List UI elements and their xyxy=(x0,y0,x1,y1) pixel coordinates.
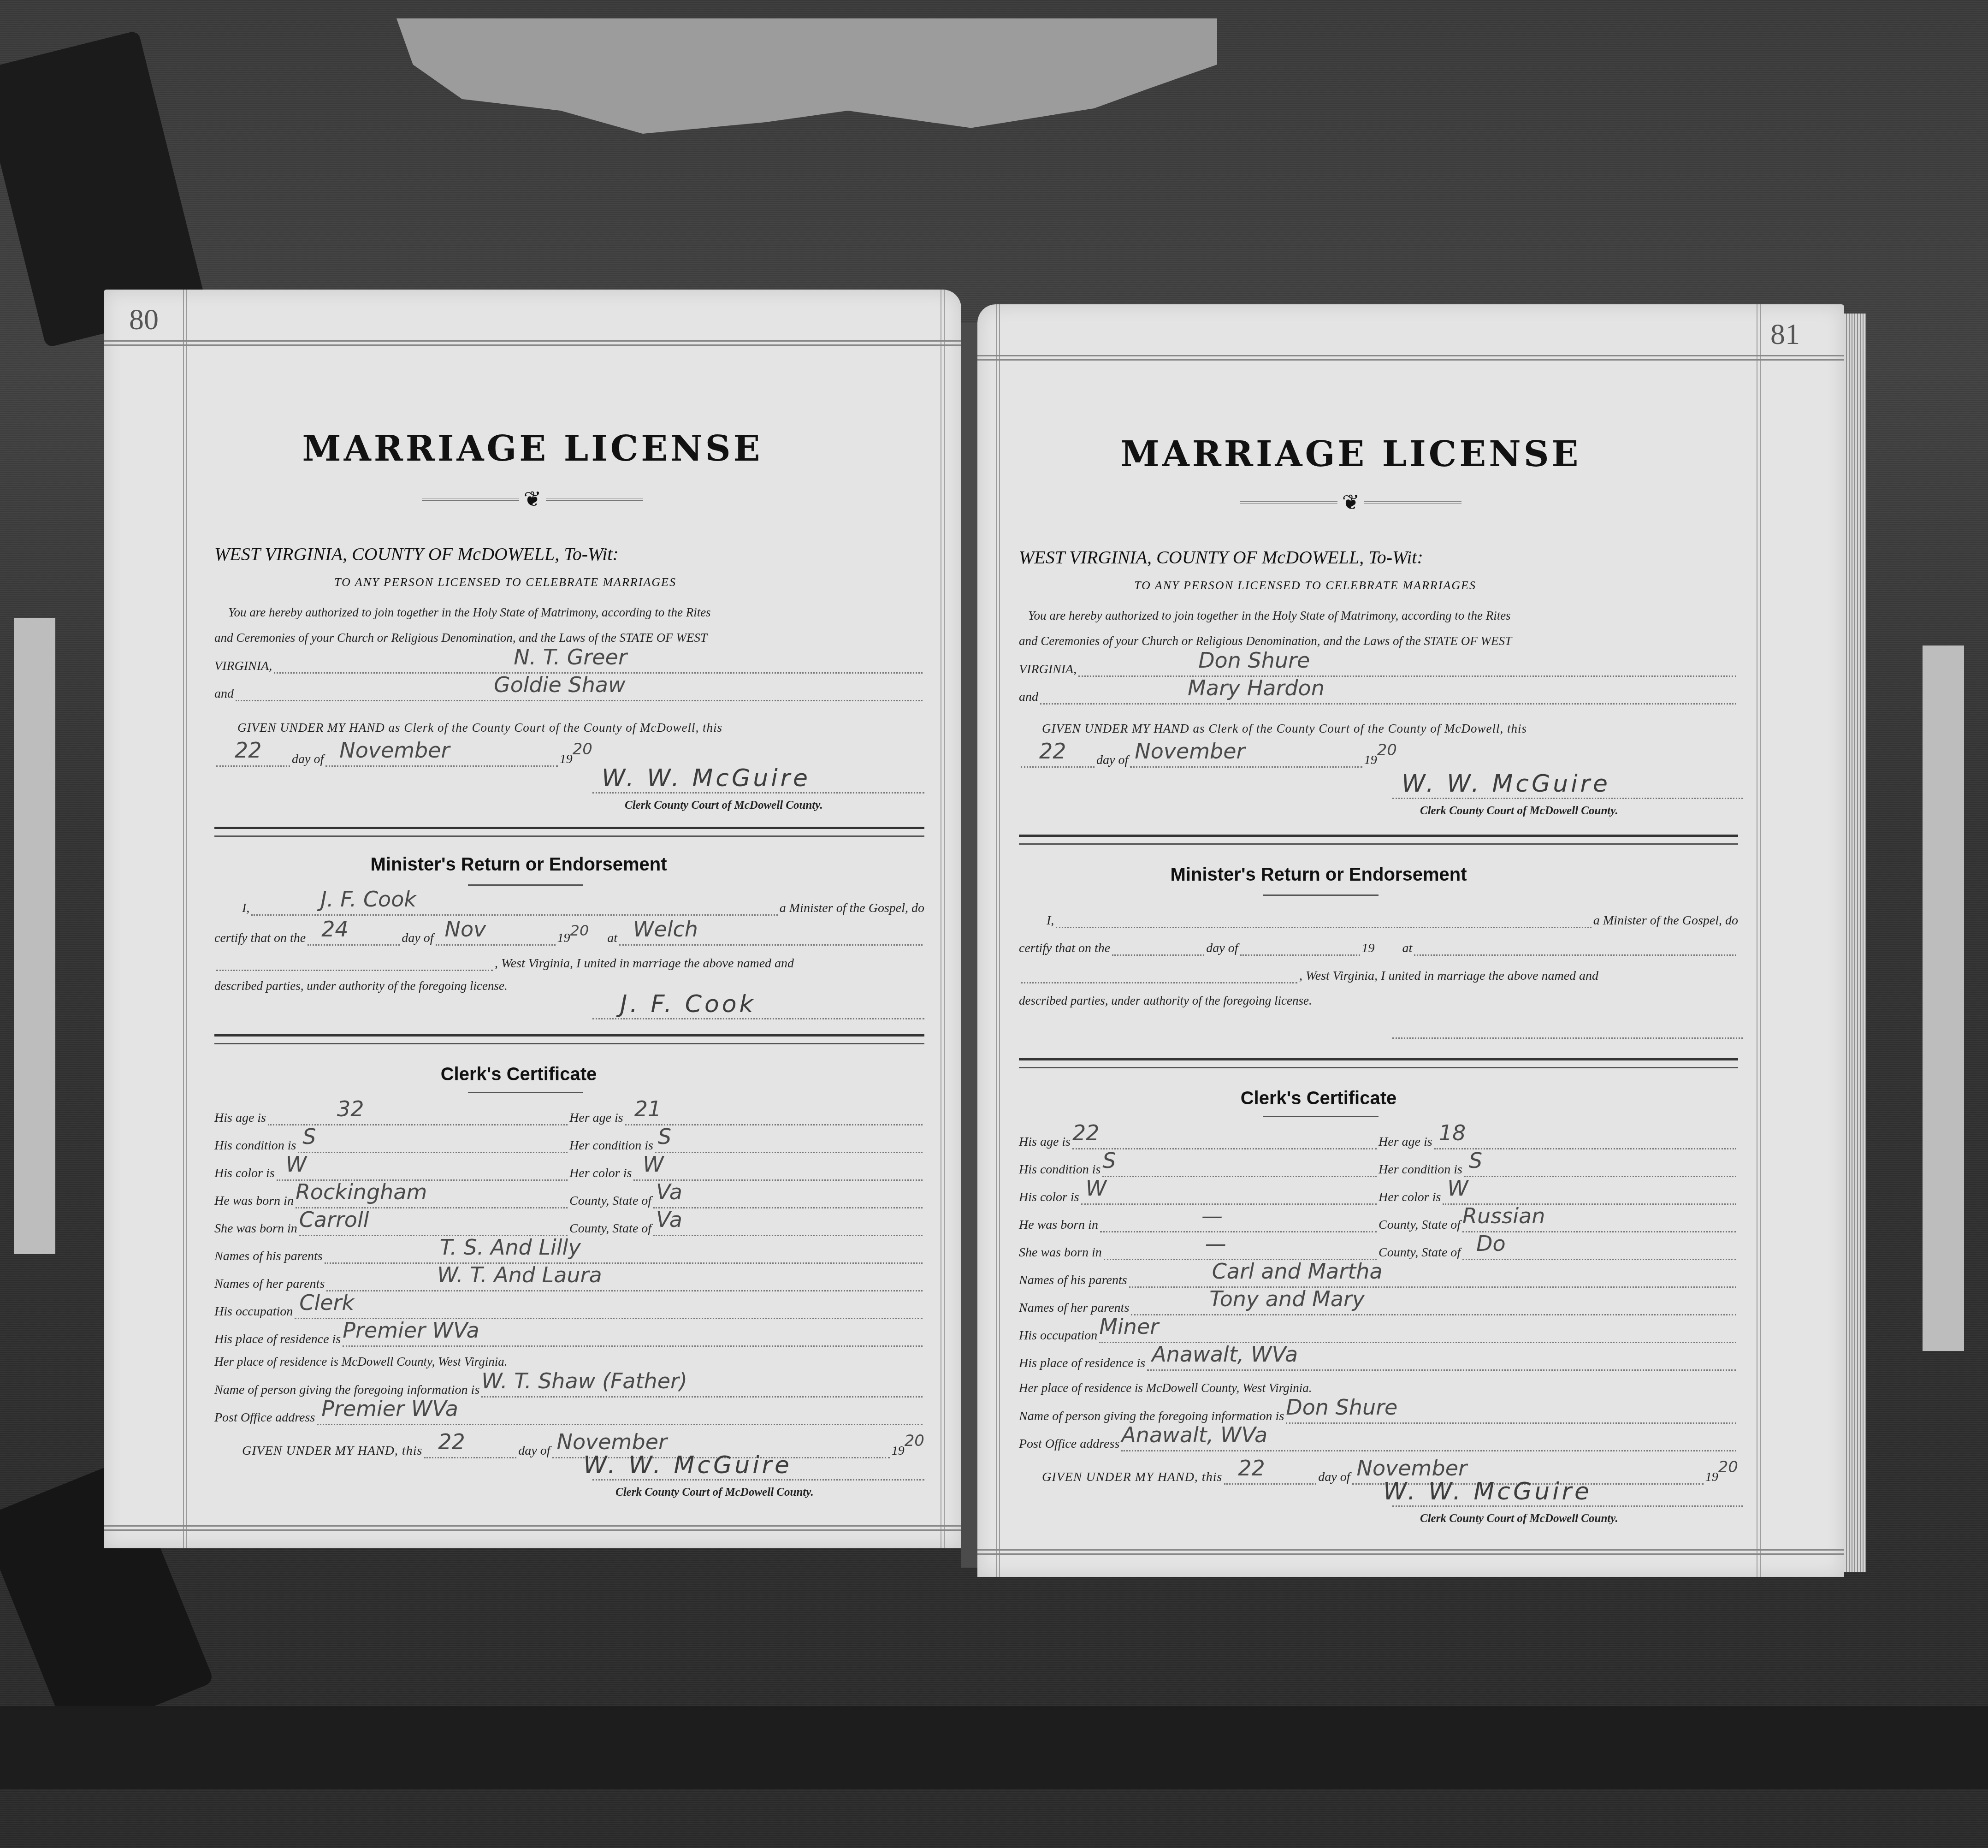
county-state-label: County, State of xyxy=(1379,1245,1461,1260)
clerk-caption: Clerk County Court of McDowell County. xyxy=(1420,1512,1618,1525)
minister-signature-line xyxy=(1392,1037,1743,1039)
clerk-signature: W. W. McGuire xyxy=(1402,770,1610,798)
clerk-signature: W. W. McGuire xyxy=(602,764,811,792)
virginia-label: VIRGINIA, xyxy=(1019,662,1077,677)
his-age-field: His age is 22 xyxy=(1019,1134,1379,1149)
his-residence: Premier WVa xyxy=(343,1318,479,1343)
clerk-signature: W. W. McGuire xyxy=(1383,1478,1592,1505)
his-condition-field: His condition is S xyxy=(1019,1162,1379,1177)
marriage-month: Nov xyxy=(445,917,486,942)
his-condition-field: His condition is S xyxy=(214,1138,569,1153)
she-born-county: — xyxy=(1205,1231,1226,1256)
west-virginia-united-text: , West Virginia, I united in marriage th… xyxy=(1299,969,1598,983)
her-age: 21 xyxy=(634,1096,662,1121)
minister-signature-line xyxy=(592,1018,924,1019)
cert-day: 22 xyxy=(1238,1456,1265,1481)
minister-of-gospel-label: a Minister of the Gospel, do xyxy=(1593,913,1738,928)
he-born-state: Russian xyxy=(1462,1203,1545,1228)
given-under-hand-text: GIVEN UNDER MY HAND as Clerk of the Coun… xyxy=(237,721,722,735)
clerk-signature-line xyxy=(592,1479,924,1481)
license-date-field: 22 day of November 19 20 xyxy=(1019,749,1397,768)
her-condition: S xyxy=(1469,1148,1482,1173)
day-of-label: day of xyxy=(1318,1470,1350,1485)
he-born-state-field: County, State of Russian xyxy=(1379,1217,1738,1232)
marriage-place: Welch xyxy=(633,917,698,942)
occupation-field: His occupation Miner xyxy=(1019,1328,1738,1343)
his-color-field: His color is W xyxy=(214,1166,569,1181)
his-age-label: His age is xyxy=(214,1111,266,1125)
she-born-label: She was born in xyxy=(1019,1245,1102,1260)
she-born-field: She was born in — xyxy=(1019,1245,1379,1260)
title-ornament: ❦ xyxy=(422,490,643,509)
page-title: MARRIAGE LICENSE xyxy=(1051,433,1651,474)
his-age-label: His age is xyxy=(1019,1135,1071,1149)
addressee-line: TO ANY PERSON LICENSED TO CELEBRATE MARR… xyxy=(1134,579,1476,592)
year-prefix: 19 xyxy=(1364,753,1377,768)
his-age-field: His age is 32 xyxy=(214,1110,569,1125)
margin-rule xyxy=(941,290,945,1548)
license-year-suffix: 20 xyxy=(573,740,592,758)
his-parents-field: Names of his parents T. S. And Lilly xyxy=(214,1249,924,1264)
minister-i-label: I, xyxy=(1019,913,1054,928)
her-age-field: Her age is 18 xyxy=(1379,1134,1738,1149)
cert-day: 22 xyxy=(438,1429,465,1454)
she-born-state-field: County, State of Do xyxy=(1379,1245,1738,1260)
day-of-label: day of xyxy=(1206,941,1238,956)
informant: Don Shure xyxy=(1286,1395,1397,1420)
she-born-state: Va xyxy=(656,1207,682,1232)
she-born-label: She was born in xyxy=(214,1221,297,1236)
virginia-label: VIRGINIA, xyxy=(214,659,272,674)
her-age-label: Her age is xyxy=(1379,1135,1432,1149)
day-of-label: day of xyxy=(292,752,324,767)
groom-name: N. T. Greer xyxy=(514,645,627,669)
post-office-label: Post Office address xyxy=(214,1410,315,1425)
her-color-label: Her color is xyxy=(1379,1190,1441,1205)
margin-rule xyxy=(996,304,1000,1577)
described-parties-text: described parties, under authority of th… xyxy=(1019,994,1312,1008)
bride-field: and Goldie Shaw xyxy=(214,686,924,701)
page-title: MARRIAGE LICENSE xyxy=(233,428,832,469)
and-label: and xyxy=(214,687,234,701)
her-parents: Tony and Mary xyxy=(1209,1286,1365,1311)
her-residence-text: Her place of residence is McDowell Count… xyxy=(1019,1381,1312,1395)
groom-field: VIRGINIA, N. T. Greer xyxy=(214,658,924,674)
his-condition-label: His condition is xyxy=(214,1138,296,1153)
margin-rule xyxy=(183,290,187,1548)
book-support-left xyxy=(14,618,55,1254)
license-date-field: 22 day of November 19 20 xyxy=(214,748,592,767)
marriage-day: 24 xyxy=(321,917,349,942)
occupation-field: His occupation Clerk xyxy=(214,1304,924,1319)
post-office-label: Post Office address xyxy=(1019,1437,1119,1451)
header-rule xyxy=(104,340,961,346)
groom-field: VIRGINIA, Don Shure xyxy=(1019,662,1738,677)
united-line: , West Virginia, I united in marriage th… xyxy=(1019,968,1738,983)
her-parents: W. T. And Laura xyxy=(437,1262,602,1287)
heading-underline xyxy=(1263,894,1379,896)
his-parents: T. S. And Lilly xyxy=(440,1235,581,1260)
her-age-field: Her age is 21 xyxy=(569,1110,924,1125)
her-condition-field: Her condition is S xyxy=(569,1138,924,1153)
her-residence-text: Her place of residence is McDowell Count… xyxy=(214,1355,507,1369)
her-condition: S xyxy=(658,1124,671,1149)
minister-heading: Minister's Return or Endorsement xyxy=(1088,865,1549,885)
license-year-suffix: 20 xyxy=(1377,741,1397,759)
section-divider xyxy=(214,827,924,837)
her-condition-field: Her condition is S xyxy=(1379,1162,1738,1177)
at-label: at xyxy=(1375,941,1413,956)
post-office-field: Post Office address Anawalt, WVa xyxy=(1019,1436,1738,1451)
his-condition-label: His condition is xyxy=(1019,1162,1100,1177)
county-state-label: County, State of xyxy=(569,1194,651,1208)
given-under-hand-text: GIVEN UNDER MY HAND as Clerk of the Coun… xyxy=(1042,722,1527,736)
footer-rule xyxy=(977,1549,1844,1555)
section-divider xyxy=(1019,1058,1738,1068)
her-color: W xyxy=(1447,1176,1468,1201)
minister-of-gospel-label: a Minister of the Gospel, do xyxy=(780,901,924,916)
he-born-label: He was born in xyxy=(214,1194,294,1208)
he-born-state-field: County, State of Va xyxy=(569,1193,924,1208)
his-parents: Carl and Martha xyxy=(1212,1259,1383,1284)
header-rule xyxy=(977,355,1844,361)
informant-label: Name of person giving the foregoing info… xyxy=(214,1383,479,1398)
his-color: W xyxy=(1086,1176,1106,1201)
post-office-field: Post Office address Premier WVa xyxy=(214,1410,924,1425)
his-parents-field: Names of his parents Carl and Martha xyxy=(1019,1273,1738,1288)
given-under-hand-label: GIVEN UNDER MY HAND, this xyxy=(1042,1470,1222,1485)
license-month: November xyxy=(1135,739,1245,764)
her-color-field: Her color is W xyxy=(569,1166,924,1181)
title-ornament: ❦ xyxy=(1240,493,1461,512)
page-edges-stack xyxy=(1844,314,1866,1572)
marriage-year-suffix: 20 xyxy=(570,922,589,939)
minister-signature: J. F. Cook xyxy=(620,990,756,1018)
left-page: 80 MARRIAGE LICENSE ❦ WEST VIRGINIA, COU… xyxy=(104,290,961,1548)
authorization-text-2: and Ceremonies of your Church or Religio… xyxy=(214,631,707,645)
his-parents-label: Names of his parents xyxy=(1019,1273,1127,1288)
clerk-caption: Clerk County Court of McDowell County. xyxy=(1420,805,1618,817)
cert-month: November xyxy=(1357,1456,1467,1481)
clerk-signature: W. W. McGuire xyxy=(583,1451,792,1479)
his-residence-field: His place of residence is Premier WVa xyxy=(214,1332,924,1347)
and-label: and xyxy=(1019,690,1038,705)
he-born-field: He was born in — xyxy=(1019,1217,1379,1232)
occupation-label: His occupation xyxy=(1019,1328,1097,1343)
certify-label: certify that on the xyxy=(214,931,306,946)
minister-heading: Minister's Return or Endorsement xyxy=(288,854,749,875)
year-prefix: 19 xyxy=(557,931,570,946)
his-residence-label: His place of residence is xyxy=(214,1332,341,1347)
day-of-label: day of xyxy=(1096,753,1128,768)
he-born-state: Va xyxy=(656,1179,682,1204)
she-born-county: Carroll xyxy=(299,1207,369,1232)
day-of-label: day of xyxy=(402,931,433,946)
informant-field: Name of person giving the foregoing info… xyxy=(1019,1409,1738,1424)
state-county-line: WEST VIRGINIA, COUNTY OF McDOWELL, To-Wi… xyxy=(1019,546,1423,568)
clerk-signature-line xyxy=(1392,1505,1743,1507)
cert-month: November xyxy=(557,1429,667,1454)
her-condition-label: Her condition is xyxy=(569,1138,653,1153)
she-born-state: Do xyxy=(1476,1231,1506,1256)
his-residence: Anawalt, WVa xyxy=(1152,1342,1298,1367)
informant-label: Name of person giving the foregoing info… xyxy=(1019,1409,1284,1424)
he-born-field: He was born in Rockingham xyxy=(214,1193,569,1208)
authorization-text-1: You are hereby authorized to join togeth… xyxy=(1028,609,1511,623)
occupation: Miner xyxy=(1099,1314,1159,1339)
his-color-field: His color is W xyxy=(1019,1190,1379,1205)
post-office: Premier WVa xyxy=(321,1396,458,1421)
his-condition: S xyxy=(302,1124,316,1149)
year-prefix: 19 xyxy=(1705,1470,1718,1485)
scanner-bed-edge xyxy=(0,1706,1988,1789)
marriage-date-field: certify that on the day of 19 at xyxy=(1019,941,1738,956)
clerk-certificate-heading: Clerk's Certificate xyxy=(1088,1088,1549,1109)
clerk-caption: Clerk County Court of McDowell County. xyxy=(615,1486,814,1499)
she-born-field: She was born in Carroll xyxy=(214,1221,569,1236)
heading-underline xyxy=(468,884,583,886)
footer-rule xyxy=(104,1525,961,1531)
section-divider xyxy=(1019,835,1738,845)
informant: W. T. Shaw (Father) xyxy=(481,1368,687,1393)
fleuron-icon: ❦ xyxy=(519,489,546,510)
she-born-state-field: County, State of Va xyxy=(569,1221,924,1236)
page-number: 80 xyxy=(129,302,159,337)
her-age-label: Her age is xyxy=(569,1111,623,1125)
state-county-line: WEST VIRGINIA, COUNTY OF McDOWELL, To-Wi… xyxy=(214,543,619,565)
cert-year-suffix: 20 xyxy=(905,1432,924,1450)
her-condition-label: Her condition is xyxy=(1379,1162,1462,1177)
groom-name: Don Shure xyxy=(1198,648,1310,673)
her-color-field: Her color is W xyxy=(1379,1190,1738,1205)
at-label: at xyxy=(589,931,617,946)
section-divider xyxy=(214,1034,924,1044)
bride-name: Mary Hardon xyxy=(1188,675,1325,700)
county-state-label: County, State of xyxy=(569,1221,651,1236)
her-parents-label: Names of her parents xyxy=(1019,1301,1129,1315)
his-age: 32 xyxy=(337,1096,364,1121)
informant-field: Name of person giving the foregoing info… xyxy=(214,1382,924,1398)
year-prefix: 19 xyxy=(1362,941,1375,956)
year-prefix: 19 xyxy=(560,752,573,767)
occupation: Clerk xyxy=(299,1290,354,1315)
described-parties-text: described parties, under authority of th… xyxy=(214,979,508,993)
clerk-signature-line xyxy=(592,792,924,794)
clerk-certificate-heading: Clerk's Certificate xyxy=(288,1064,749,1085)
her-parents-label: Names of her parents xyxy=(214,1277,325,1291)
united-line: , West Virginia, I united in marriage th… xyxy=(214,956,924,971)
clerk-signature-line xyxy=(1392,798,1743,799)
he-born-county: — xyxy=(1201,1203,1223,1228)
he-born-label: He was born in xyxy=(1019,1218,1098,1232)
his-color-label: His color is xyxy=(1019,1190,1079,1205)
margin-rule xyxy=(1757,304,1761,1577)
he-born-county: Rockingham xyxy=(296,1179,427,1204)
her-color-label: Her color is xyxy=(569,1166,632,1181)
license-day: 22 xyxy=(235,738,262,763)
minister-name-field: I, a Minister of the Gospel, do xyxy=(1019,913,1738,928)
heading-underline xyxy=(1263,1116,1379,1117)
his-color-label: His color is xyxy=(214,1166,275,1181)
his-age: 22 xyxy=(1072,1120,1100,1145)
minister-i-label: I, xyxy=(214,901,249,916)
license-day: 22 xyxy=(1039,739,1066,764)
book-support-right xyxy=(1923,646,1964,1351)
day-of-label: day of xyxy=(518,1444,550,1458)
cert-year-suffix: 20 xyxy=(1718,1458,1738,1476)
his-condition: S xyxy=(1102,1148,1116,1173)
her-parents-field: Names of her parents Tony and Mary xyxy=(1019,1300,1738,1315)
her-age: 18 xyxy=(1439,1120,1466,1145)
minister-name: J. F. Cook xyxy=(320,887,416,912)
his-residence-field: His place of residence is Anawalt, WVa xyxy=(1019,1356,1738,1371)
marriage-date-field: certify that on the 24 day of Nov 19 20 … xyxy=(214,928,924,946)
given-under-hand-label: GIVEN UNDER MY HAND, this xyxy=(242,1444,422,1458)
west-virginia-united-text: , West Virginia, I united in marriage th… xyxy=(495,956,794,971)
bride-name: Goldie Shaw xyxy=(494,672,626,697)
her-parents-field: Names of her parents W. T. And Laura xyxy=(214,1276,924,1291)
heading-underline xyxy=(468,1092,583,1093)
post-office: Anawalt, WVa xyxy=(1121,1422,1267,1447)
addressee-line: TO ANY PERSON LICENSED TO CELEBRATE MARR… xyxy=(334,575,676,589)
his-color: W xyxy=(286,1152,307,1177)
license-month: November xyxy=(339,738,450,763)
certify-label: certify that on the xyxy=(1019,941,1110,956)
page-number: 81 xyxy=(1770,317,1800,351)
fleuron-icon: ❦ xyxy=(1337,492,1365,513)
minister-name-field: I, J. F. Cook a Minister of the Gospel, … xyxy=(214,900,924,916)
bride-field: and Mary Hardon xyxy=(1019,689,1738,705)
her-color: W xyxy=(643,1152,663,1177)
right-page: 81 MARRIAGE LICENSE ❦ WEST VIRGINIA, COU… xyxy=(977,304,1844,1577)
year-prefix: 19 xyxy=(892,1444,905,1458)
authorization-text-1: You are hereby authorized to join togeth… xyxy=(228,605,711,620)
his-residence-label: His place of residence is xyxy=(1019,1356,1145,1371)
clerk-caption: Clerk County Court of McDowell County. xyxy=(625,799,823,812)
county-state-label: County, State of xyxy=(1379,1218,1461,1232)
authorization-text-2: and Ceremonies of your Church or Religio… xyxy=(1019,634,1512,648)
book-gutter xyxy=(961,323,977,1568)
his-parents-label: Names of his parents xyxy=(214,1249,323,1264)
occupation-label: His occupation xyxy=(214,1304,293,1319)
